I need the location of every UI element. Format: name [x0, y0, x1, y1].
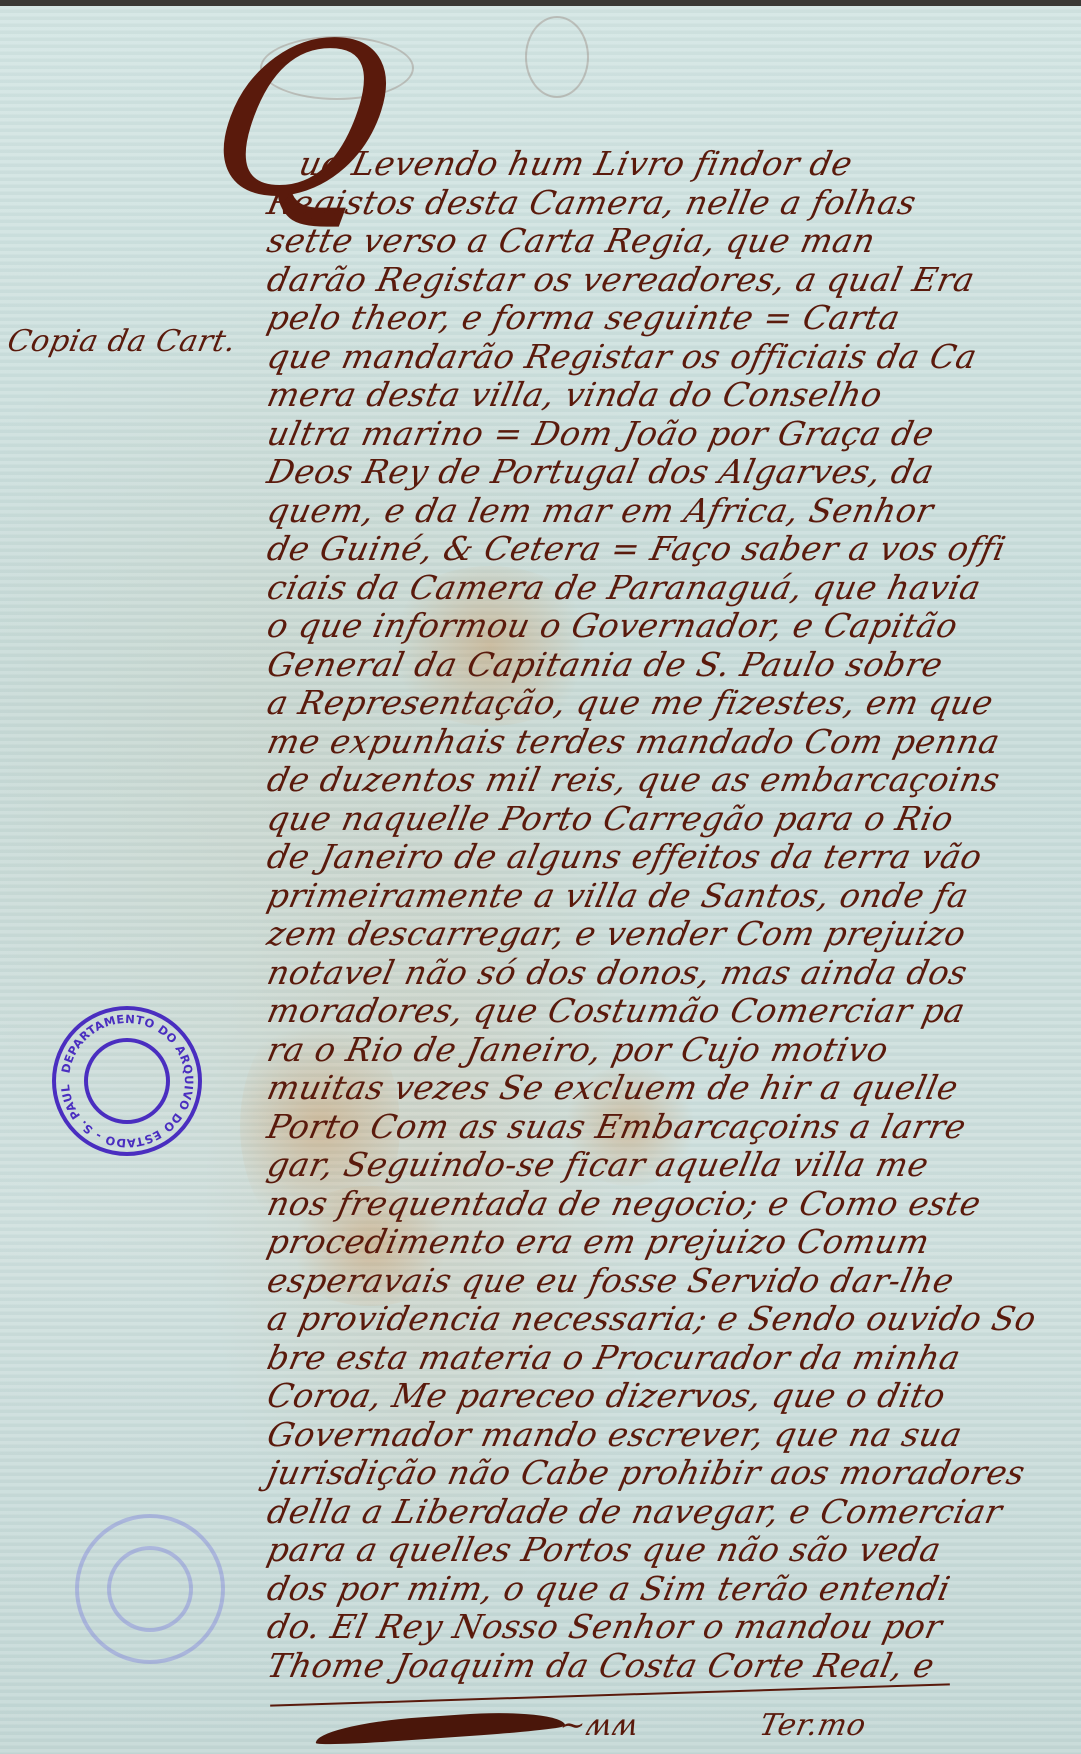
manuscript-line: do. El Rey Nosso Senhor o mandou por: [264, 1607, 946, 1646]
closing-scribble: ~ʍʍ: [556, 1708, 641, 1743]
manuscript-line: bre esta materia o Procurador da minha: [264, 1338, 964, 1377]
manuscript-line: de Guiné, & Cetera = Faço saber a vos of…: [264, 529, 1010, 568]
manuscript-line: ciais da Camera de Paranaguá, que havia: [264, 568, 985, 607]
manuscript-line: de Janeiro de alguns effeitos da terra v…: [264, 837, 986, 876]
manuscript-line: pelo theor, e forma seguinte = Carta: [264, 298, 904, 337]
stamp-text-ring: DEPARTAMENTO DO ARQUIVO DO ESTADO - S. P…: [52, 1006, 202, 1156]
manuscript-line: Thome Joaquim da Costa Corte Real, e: [264, 1646, 938, 1685]
manuscript-line: zem descarregar, e vender Com prejuizo: [264, 914, 970, 953]
manuscript-line: primeiramente a villa de Santos, onde fa: [264, 876, 972, 915]
manuscript-line: me expunhais terdes mandado Com penna: [264, 722, 1004, 761]
stamp-inner-ring: [107, 1546, 193, 1632]
manuscript-line: Registos desta Camera, nelle a folhas: [264, 183, 920, 222]
manuscript-line: quem, e da lem mar em Africa, Senhor: [264, 491, 937, 530]
manuscript-line: Porto Com as suas Embarcaçoins a larre: [264, 1107, 970, 1146]
manuscript-line: moradores, que Costumão Comerciar pa: [264, 991, 969, 1030]
manuscript-line: o que informou o Governador, e Capitão: [264, 606, 962, 645]
manuscript-line: dos por mim, o que a Sim terão entendi: [264, 1569, 954, 1608]
manuscript-page: Q Copia da Cart. ue Levendo hum Livro fi…: [0, 0, 1081, 1754]
signature: Ter.mo: [756, 1708, 869, 1743]
manuscript-line: Coroa, Me pareceo dizervos, que o dito: [264, 1376, 949, 1415]
manuscript-line: que naquelle Porto Carregão para o Rio: [264, 799, 957, 838]
manuscript-line: della a Liberdade de navegar, e Comercia…: [264, 1492, 1006, 1531]
manuscript-line: gar, Seguindo-se ficar aquella villa me: [264, 1145, 932, 1184]
svg-text:DEPARTAMENTO DO ARQUIVO DO EST: DEPARTAMENTO DO ARQUIVO DO ESTADO - S. P…: [52, 1006, 196, 1150]
manuscript-line: procedimento era em prejuizo Comum: [264, 1222, 933, 1261]
manuscript-line: nos frequentada de negocio; e Como este: [264, 1184, 985, 1223]
margin-note: Copia da Cart.: [4, 324, 239, 359]
bleed-through-mark: [525, 16, 589, 98]
manuscript-line: a Representação, que me fizestes, em que: [264, 683, 997, 722]
closing-flourish: [315, 1707, 566, 1746]
faded-stamp: [75, 1514, 225, 1664]
manuscript-line: General da Capitania de S. Paulo sobre: [264, 645, 947, 684]
manuscript-line: muitas vezes Se excluem de hir a quelle: [264, 1068, 962, 1107]
manuscript-line: a providencia necessaria; e Sendo ouvido…: [264, 1299, 1040, 1338]
closing-rule: [270, 1683, 950, 1706]
manuscript-line: Deos Rey de Portugal dos Algarves, da: [264, 452, 938, 491]
manuscript-line: darão Registar os vereadores, a qual Era: [264, 260, 979, 299]
manuscript-line: para a quelles Portos que não são veda: [264, 1530, 945, 1569]
manuscript-line: de duzentos mil reis, que as embarcaçoin…: [264, 760, 1004, 799]
manuscript-line: mera desta villa, vinda do Conselho: [264, 375, 886, 414]
manuscript-line: Governador mando escrever, que na sua: [264, 1415, 966, 1454]
manuscript-line: ra o Rio de Janeiro, por Cujo motivo: [264, 1030, 892, 1069]
archive-stamp: DEPARTAMENTO DO ARQUIVO DO ESTADO - S. P…: [52, 1006, 202, 1156]
manuscript-line: ultra marino = Dom João por Graça de: [264, 414, 938, 453]
manuscript-line: esperavais que eu fosse Servido dar-lhe: [264, 1261, 958, 1300]
manuscript-line: sette verso a Carta Regia, que man: [264, 221, 879, 260]
manuscript-line: jurisdição não Cabe prohibir aos morador…: [264, 1453, 1029, 1492]
manuscript-line: que mandarão Registar os officiais da Ca: [264, 337, 981, 376]
manuscript-line: ue Levendo hum Livro findor de: [296, 144, 856, 183]
manuscript-line: notavel não só dos donos, mas ainda dos: [264, 953, 971, 992]
